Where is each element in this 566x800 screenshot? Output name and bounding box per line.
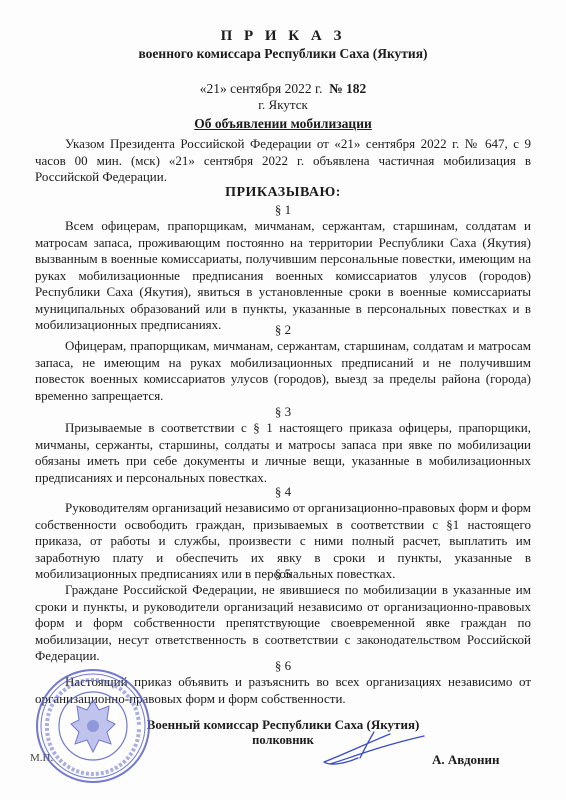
- section-3: Призываемые в соответствии с § 1 настоящ…: [35, 420, 531, 486]
- section-2: Офицерам, прапорщикам, мичманам, сержант…: [35, 338, 531, 404]
- document-subtitle: военного комиссара Республики Саха (Якут…: [0, 46, 566, 62]
- section-mark-2: § 2: [0, 322, 566, 338]
- document-date: «21» сентября 2022 г.: [200, 81, 323, 96]
- section-mark-1: § 1: [0, 202, 566, 218]
- document-number: № 182: [329, 81, 366, 96]
- document-date-line: «21» сентября 2022 г. № 182: [0, 81, 566, 97]
- official-stamp-icon: [33, 666, 153, 786]
- section-mark-3: § 3: [0, 404, 566, 420]
- document-subject: Об объявлении мобилизации: [0, 116, 566, 132]
- section-1: Всем офицерам, прапорщикам, мичманам, се…: [35, 218, 531, 334]
- section-mark-5: § 5: [0, 566, 566, 582]
- document-title: П Р И К А З: [0, 28, 566, 45]
- document-page: П Р И К А З военного комиссара Республик…: [0, 0, 566, 800]
- document-city: г. Якутск: [0, 97, 566, 113]
- signer-name: А. Авдонин: [432, 752, 500, 768]
- preamble: Указом Президента Российской Федерации о…: [35, 136, 531, 186]
- section-5: Граждане Российской Федерации, не явивши…: [35, 582, 531, 665]
- signature-icon: [320, 728, 430, 768]
- section-mark-4: § 4: [0, 484, 566, 500]
- order-word: ПРИКАЗЫВАЮ:: [0, 185, 566, 201]
